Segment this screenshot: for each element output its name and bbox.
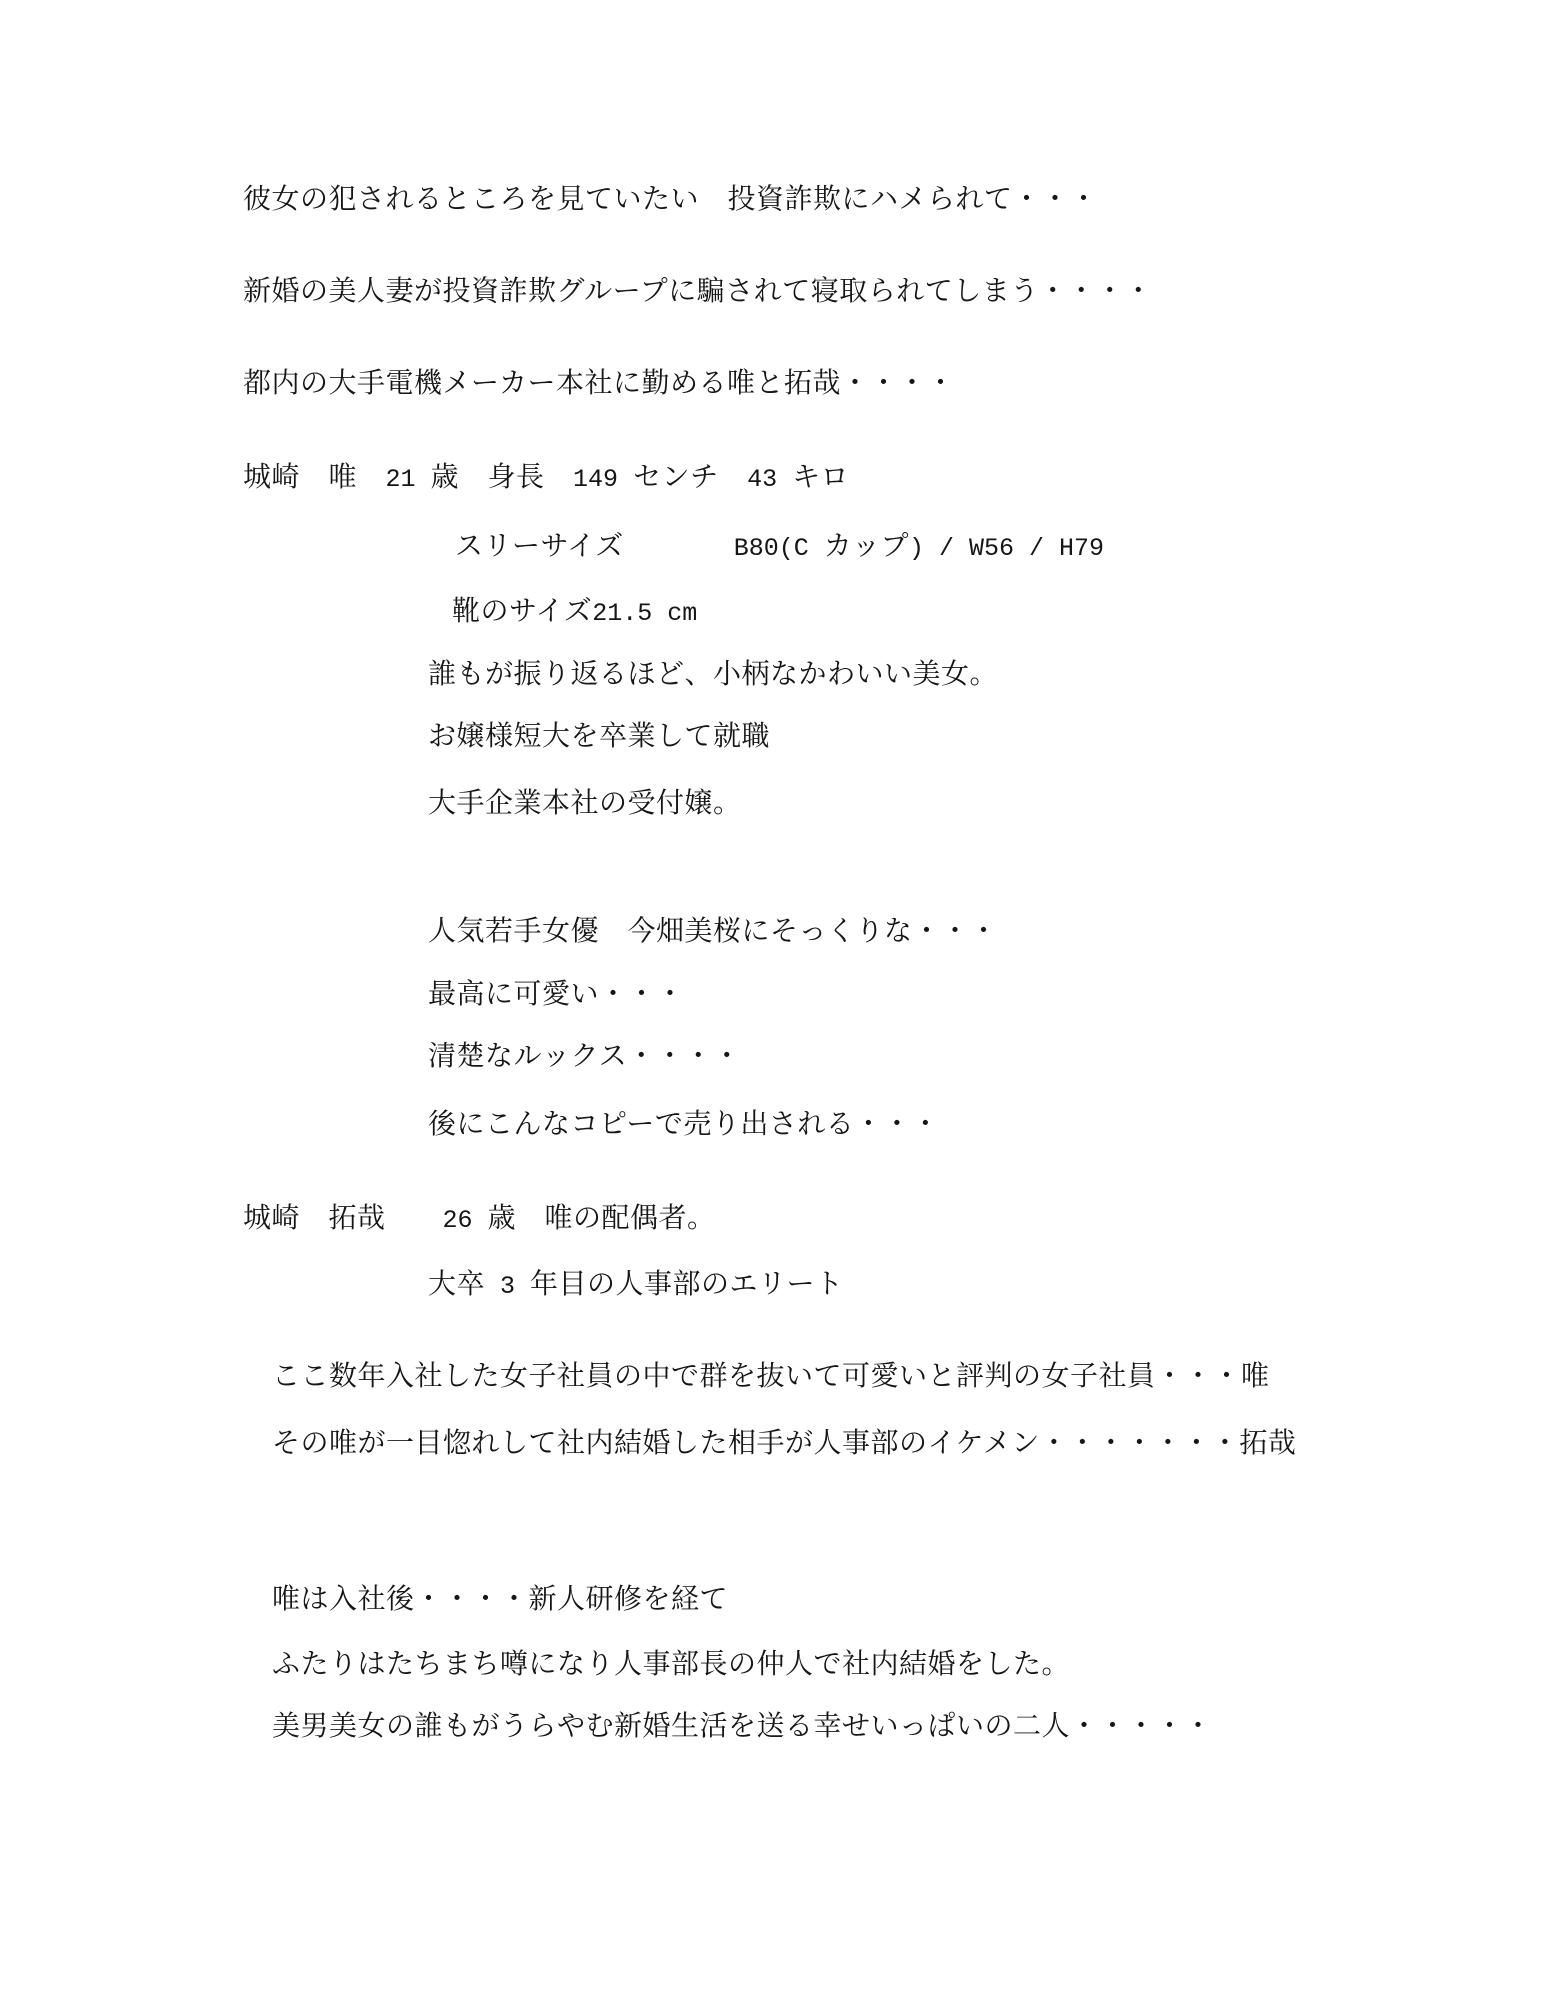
text-segment: 清楚なルックス・・・・ xyxy=(428,1040,741,1071)
text-line-19: ふたりはたちまち噂になり人事部長の仲人で社内結婚をした。 xyxy=(272,1650,1070,1678)
text-line-17: その唯が一目惚れして社内結婚した相手が人事部のイケメン・・・・・・・拓哉 xyxy=(272,1429,1296,1457)
text-segment: 歳 唯の配偶者。 xyxy=(488,1202,716,1233)
text-segment: 後にこんなコピーで売り出される・・・ xyxy=(428,1108,940,1139)
text-line-7: 誰もが振り返るほど、小柄なかわいい美女。 xyxy=(428,660,998,688)
text-segment: 城崎 拓哉 xyxy=(243,1202,443,1233)
text-segment: 21 xyxy=(386,465,431,494)
text-segment: 大卒 xyxy=(428,1268,485,1299)
text-segment: 唯は入社後・・・・新人研修を経て xyxy=(272,1583,728,1614)
document-page: 彼女の犯されるところを見ていたい 投資詐欺にハメられて・・・新婚の美人妻が投資詐… xyxy=(0,0,1545,2000)
text-line-13: 後にこんなコピーで売り出される・・・ xyxy=(428,1110,940,1138)
text-segment: 大手企業本社の受付嬢。 xyxy=(428,787,742,818)
text-line-9: 大手企業本社の受付嬢。 xyxy=(428,789,742,817)
text-line-15: 大卒 3 年目の人事部のエリート xyxy=(428,1270,844,1299)
text-line-20: 美男美女の誰もがうらやむ新婚生活を送る幸せいっぱいの二人・・・・・ xyxy=(272,1712,1213,1740)
text-line-4: 城崎 唯 21 歳 身長 149 センチ 43 キロ xyxy=(243,463,849,492)
text-segment: 149 xyxy=(573,465,633,494)
text-segment: カップ xyxy=(824,530,909,561)
text-line-1: 彼女の犯されるところを見ていたい 投資詐欺にハメられて・・・ xyxy=(243,185,1098,213)
text-segment: ふたりはたちまち噂になり人事部長の仲人で社内結婚をした。 xyxy=(272,1648,1070,1679)
text-segment: 歳 身長 xyxy=(431,461,574,492)
text-segment: その唯が一目惚れして社内結婚した相手が人事部のイケメン・・・・・・・拓哉 xyxy=(272,1427,1296,1458)
text-segment: 3 xyxy=(485,1272,530,1301)
text-segment: 人気若手女優 今畑美桜にそっくりな・・・ xyxy=(428,915,998,946)
text-line-6: 靴のサイズ21.5 cm xyxy=(452,597,697,626)
text-segment: 誰もが振り返るほど、小柄なかわいい美女。 xyxy=(428,658,998,689)
text-line-10: 人気若手女優 今畑美桜にそっくりな・・・ xyxy=(428,917,998,945)
text-line-11: 最高に可愛い・・・ xyxy=(428,980,685,1008)
text-line-12: 清楚なルックス・・・・ xyxy=(428,1042,741,1070)
text-line-3: 都内の大手電機メーカー本社に勤める唯と拓哉・・・・ xyxy=(243,369,955,397)
text-gap xyxy=(624,554,734,555)
text-segment: 城崎 唯 xyxy=(243,461,386,492)
text-line-18: 唯は入社後・・・・新人研修を経て xyxy=(272,1585,728,1613)
text-segment: ここ数年入社した女子社員の中で群を抜いて可愛いと評判の女子社員・・・唯 xyxy=(272,1360,1270,1391)
text-segment: 新婚の美人妻が投資詐欺グループに騙されて寝取られてしまう・・・・ xyxy=(243,275,1153,306)
text-line-5: スリーサイズB80(C カップ) / W56 / H79 xyxy=(455,532,1104,561)
text-segment: 最高に可愛い・・・ xyxy=(428,978,685,1009)
text-segment: 26 xyxy=(443,1206,488,1235)
text-segment: センチ xyxy=(633,461,747,492)
text-line-16: ここ数年入社した女子社員の中で群を抜いて可愛いと評判の女子社員・・・唯 xyxy=(272,1362,1270,1390)
text-segment: お嬢様短大を卒業して就職 xyxy=(428,720,770,751)
text-segment: 年目の人事部のエリート xyxy=(530,1268,844,1299)
text-segment: ) / W56 / H79 xyxy=(909,534,1104,563)
text-segment: 靴のサイズ xyxy=(452,595,592,626)
text-line-8: お嬢様短大を卒業して就職 xyxy=(428,722,770,750)
text-segment: 彼女の犯されるところを見ていたい 投資詐欺にハメられて・・・ xyxy=(243,183,1098,214)
text-line-2: 新婚の美人妻が投資詐欺グループに騙されて寝取られてしまう・・・・ xyxy=(243,277,1153,305)
text-segment: 都内の大手電機メーカー本社に勤める唯と拓哉・・・・ xyxy=(243,367,955,398)
text-segment: B80(C xyxy=(734,534,824,563)
text-segment: 美男美女の誰もがうらやむ新婚生活を送る幸せいっぱいの二人・・・・・ xyxy=(272,1710,1213,1741)
text-segment: 43 xyxy=(747,465,792,494)
text-segment: キロ xyxy=(792,461,849,492)
text-line-14: 城崎 拓哉 26 歳 唯の配偶者。 xyxy=(243,1204,716,1233)
text-segment: 21.5 cm xyxy=(592,599,697,628)
text-segment: スリーサイズ xyxy=(455,530,624,561)
